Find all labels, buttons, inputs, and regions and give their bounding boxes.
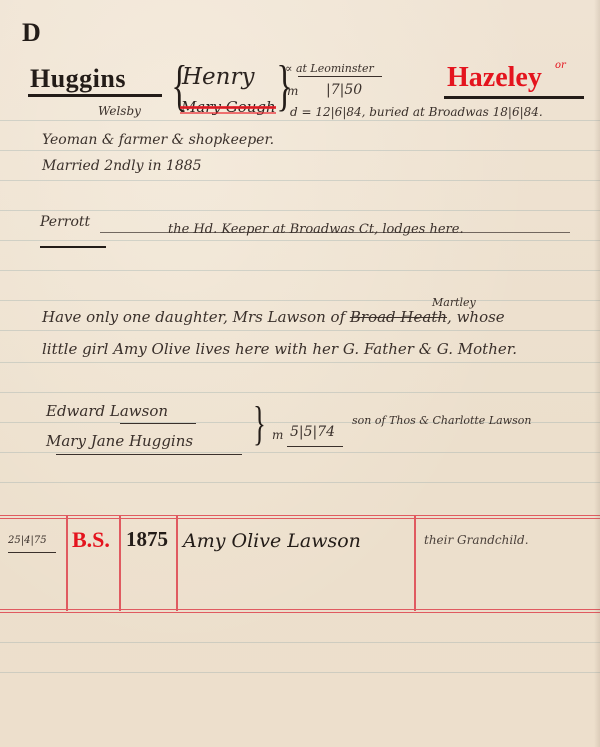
ruled-line — [0, 482, 600, 483]
marriage-label: m — [287, 84, 298, 98]
ledger-column-rule — [176, 515, 178, 611]
ledger-relation: their Grandchild. — [424, 533, 529, 547]
couple-brace: } — [253, 396, 266, 451]
bride-name: Mary Jane Huggins — [46, 432, 193, 450]
groom-parentage: son of Thos & Charlotte Lawson — [352, 414, 531, 427]
index-letter: D — [22, 18, 41, 48]
ruled-line — [0, 210, 600, 211]
second-marriage-note: Married 2ndly in 1885 — [42, 158, 202, 174]
ledger-year: 1875 — [126, 527, 168, 552]
ruled-line — [0, 270, 600, 271]
ruled-line — [0, 362, 600, 363]
ruled-line — [0, 240, 600, 241]
ledger-bottom-rule — [0, 609, 600, 613]
ruled-line — [0, 392, 600, 393]
ledger-name: Amy Olive Lawson — [183, 530, 361, 552]
surname-heading: Huggins — [30, 64, 126, 94]
couple-date-underline — [287, 446, 343, 447]
red-strikethrough — [180, 112, 276, 114]
family-note-struck: Broad Heath — [350, 308, 447, 326]
husband-name: Henry — [182, 64, 254, 90]
ruled-line — [0, 120, 600, 121]
family-note-end: , whose — [447, 308, 505, 326]
couple-married-date: 5|5|74 — [290, 424, 335, 440]
family-note-start: Have only one daughter, Mrs Lawson of — [42, 308, 350, 326]
lodger-name: Perrott — [40, 214, 90, 230]
lodger-note: the Hd. Keeper at Broadwas Ct, lodges he… — [168, 222, 464, 237]
groom-name: Edward Lawson — [46, 402, 168, 420]
alternate-surname: Hazeley — [447, 62, 542, 94]
family-note-line-2: little girl Amy Olive lives here with he… — [42, 340, 517, 358]
family-note-line-1: Have only one daughter, Mrs Lawson of Br… — [42, 308, 505, 326]
alternate-surname-underline — [444, 96, 584, 99]
ruled-line — [0, 452, 600, 453]
ledger-column-rule — [119, 515, 121, 611]
ledger-top-rule — [0, 515, 600, 519]
marriage-date: |7|50 — [326, 82, 362, 98]
ledger-column-rule — [414, 515, 416, 611]
alternate-or: or — [555, 60, 566, 71]
lodger-strikethrough — [100, 232, 570, 233]
surname-underline — [28, 94, 162, 97]
couple-married-label: m — [272, 428, 283, 442]
ruled-line — [0, 330, 600, 331]
ledger-code: B.S. — [72, 527, 110, 553]
ledger-column-rule — [66, 515, 68, 611]
birth-note: ∝ at Leominster — [285, 62, 374, 75]
death-note: d = 12|6|84, buried at Broadwas 18|6|84. — [290, 105, 543, 119]
groom-underline — [120, 423, 196, 424]
red-strikethrough — [180, 106, 276, 109]
bride-underline — [56, 454, 242, 455]
ruled-line — [0, 180, 600, 181]
occupation-note: Yeoman & farmer & shopkeeper. — [42, 132, 274, 148]
place-name: Welsby — [98, 104, 141, 118]
ledger-date: 25|4|75 — [8, 535, 47, 546]
ruled-line — [0, 642, 600, 643]
lodger-underline — [40, 246, 106, 248]
ledger-page: D Huggins Welsby { Henry Mary Gough } ∝ … — [0, 0, 600, 747]
ruled-line — [0, 300, 600, 301]
ruled-line — [0, 150, 600, 151]
ledger-date-underline — [8, 552, 56, 553]
birth-underline — [298, 76, 382, 77]
ruled-line — [0, 672, 600, 673]
page-edge-shadow — [594, 0, 600, 747]
